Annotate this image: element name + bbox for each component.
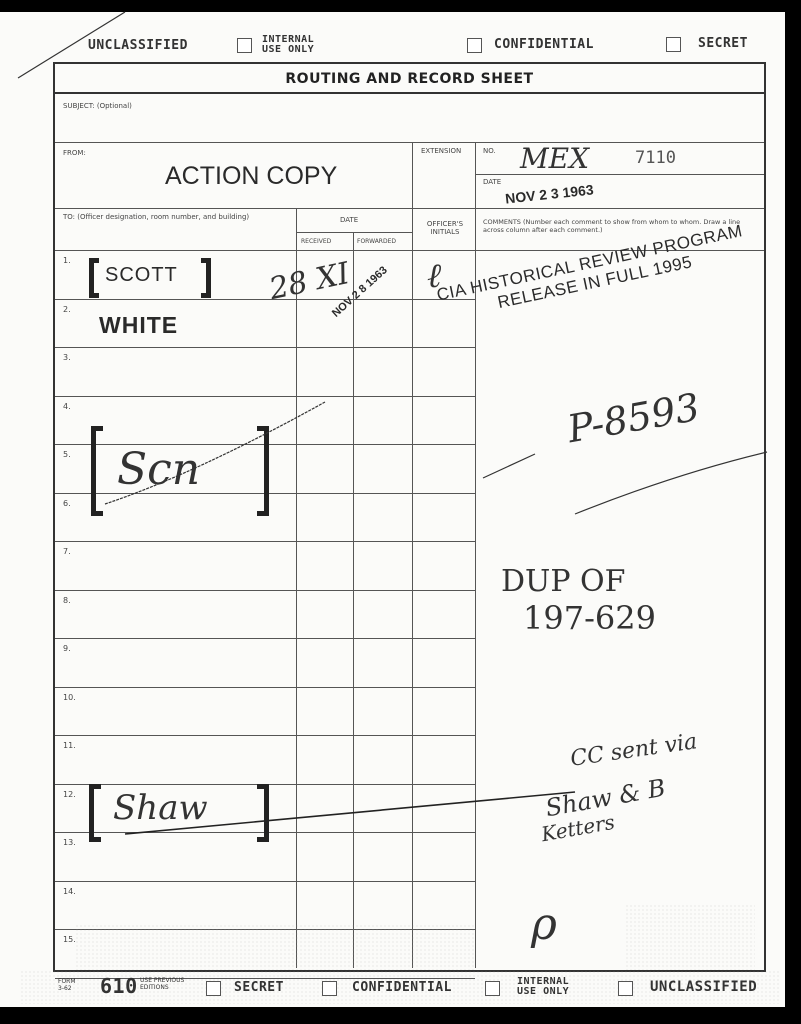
to-label: TO: (Officer designation, room number, a… [63,213,288,221]
routing-row-number: 11. [63,741,76,750]
routing-row-number: 12. [63,790,76,799]
checkbox-confidential-bottom[interactable] [322,981,337,996]
divider [55,142,764,143]
label-secret-bottom: SECRET [234,980,284,995]
row-divider [55,735,475,736]
routing-row-number: 14. [63,887,76,896]
label-unclassified: UNCLASSIFIED [88,38,188,53]
signature-line [95,394,335,514]
classification-row-bottom: FORM 3-62 610 USE PREVIOUS EDITIONS SECR… [0,970,785,1004]
routing-row-number: 2. [63,305,71,314]
routing-row-number: 15. [63,935,76,944]
signature-line-12 [115,784,585,844]
checkbox-unclassified-bottom[interactable] [618,981,633,996]
comment-p-number: P-8593 [564,385,703,451]
row-divider [55,299,475,300]
row-divider [55,590,475,591]
form-title: ROUTING AND RECORD SHEET [285,71,533,87]
divider [55,208,764,209]
scan-noise [625,904,755,970]
classification-row-top: UNCLASSIFIED INTERNAL USE ONLY CONFIDENT… [0,28,785,60]
divider [475,174,764,175]
routing-row-number: 4. [63,402,71,411]
checkbox-secret-bottom[interactable] [206,981,221,996]
checkbox-confidential[interactable] [467,38,482,53]
comment-cc-line1: CC sent via [569,729,699,772]
routing-row-number: 6. [63,499,71,508]
divider [412,142,413,208]
routing-row-number: 7. [63,547,71,556]
row-divider [55,687,475,688]
routing-row-number: 5. [63,450,71,459]
checkbox-internal-use[interactable] [237,38,252,53]
divider [296,208,297,968]
previous-editions-note: USE PREVIOUS EDITIONS [140,977,184,991]
comment-dup-number: 197-629 [523,599,656,637]
release-stamp: CIA HISTORICAL REVIEW PROGRAM RELEASE IN… [435,221,749,325]
comment-dup-of: DUP OF [501,564,625,599]
officers-initials-label: OFFICER'S INITIALS [417,220,473,236]
from-label: FROM: [63,149,86,157]
divider [475,208,476,968]
routing-row-number: 13. [63,838,76,847]
number-handwritten: MEX [520,142,589,175]
form-label: FORM 3-62 [58,978,76,992]
comment-lines [475,444,775,524]
divider [353,232,354,968]
row-divider [55,347,475,348]
checkbox-secret[interactable] [666,37,681,52]
subject-label: SUBJECT: (Optional) [63,102,132,110]
received-label: RECEIVED [301,238,331,246]
row-divider [55,881,475,882]
routing-row-number: 8. [63,596,71,605]
row-divider [55,541,475,542]
label-secret: SECRET [698,36,748,51]
label-confidential-bottom: CONFIDENTIAL [352,980,452,995]
date-stamp: NOV 2 3 1963 [504,181,594,206]
routing-row-number: 10. [63,693,76,702]
extension-label: EXTENSION [421,147,461,155]
checkbox-internal-bottom[interactable] [485,981,500,996]
scott-stamp: SCOTT [89,258,211,298]
number-typed: 7110 [635,148,676,168]
scan-border [785,0,801,1024]
scan-noise [75,924,475,970]
forwarded-label: FORWARDED [357,238,396,246]
divider [296,232,412,233]
form-number: 610 [100,974,138,998]
divider [412,208,413,968]
white-stamp: WHITE [99,312,178,339]
date-label: DATE [483,178,501,186]
label-internal-use: INTERNAL USE ONLY [262,35,314,55]
comment-p-mark: ρ [531,899,557,950]
label-confidential: CONFIDENTIAL [494,37,594,52]
label-unclassified-bottom: UNCLASSIFIED [650,979,757,995]
routing-row-number: 9. [63,644,71,653]
row-divider [55,638,475,639]
action-copy-stamp: ACTION COPY [165,162,337,191]
label-internal-bottom: INTERNAL USE ONLY [517,977,569,997]
form-title-bar: ROUTING AND RECORD SHEET [55,64,764,94]
routing-row-number: 1. [63,256,71,265]
routing-form: ROUTING AND RECORD SHEET SUBJECT: (Optio… [53,62,766,972]
routing-row-number: 3. [63,353,71,362]
no-label: NO. [483,147,496,155]
date-column-label: DATE [340,216,358,224]
